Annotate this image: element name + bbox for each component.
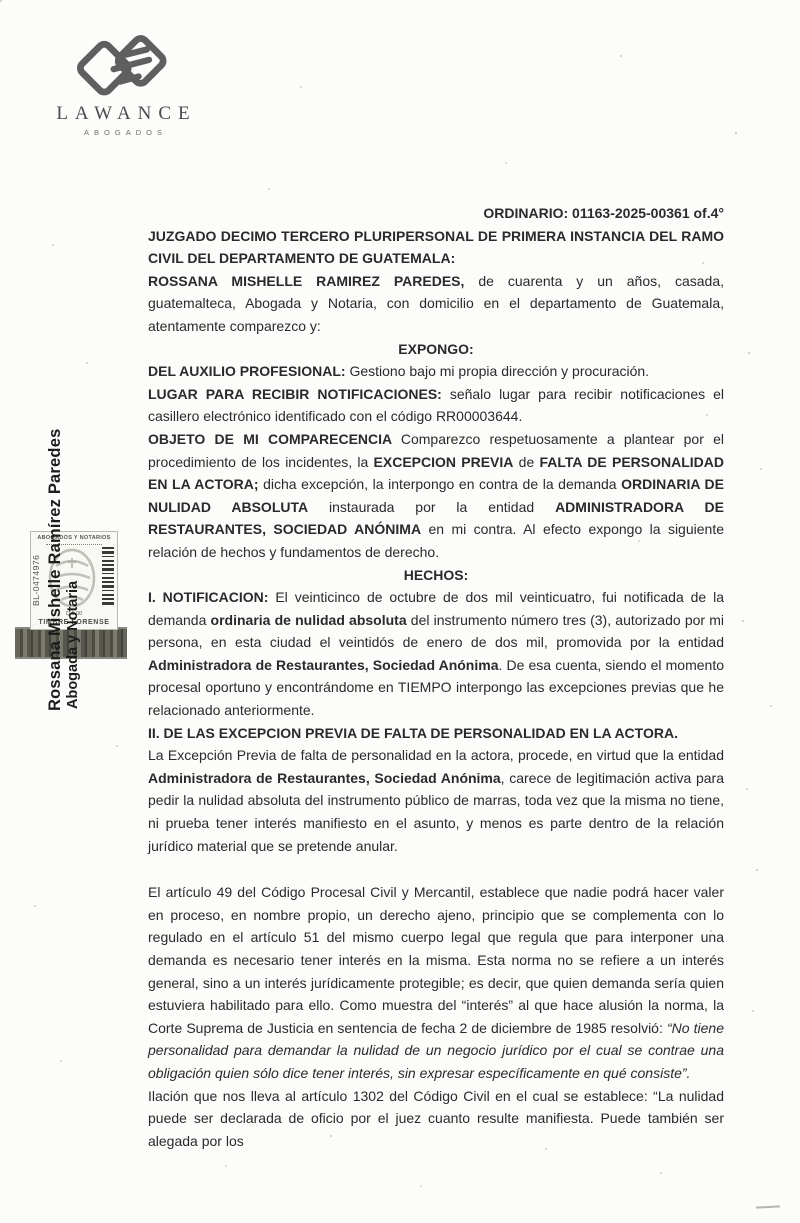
interlocked-diamonds-icon — [71, 28, 175, 100]
paragraph: La Excepción Previa de falta de personal… — [148, 744, 724, 857]
text-run: El artículo 49 del Código Procesal Civil… — [148, 884, 724, 1036]
stamp-barcode — [102, 547, 114, 607]
text-run: EXPONGO: — [398, 341, 473, 357]
text-run: Administradora de Restaurantes, Sociedad… — [148, 657, 498, 673]
text-run: EXCEPCION PREVIA — [374, 454, 514, 470]
text-run: LUGAR PARA RECIBIR NOTIFICACIONES: — [148, 386, 450, 402]
text-run: II. DE LAS EXCEPCION PREVIA DE FALTA DE … — [148, 725, 678, 741]
paragraph: II. DE LAS EXCEPCION PREVIA DE FALTA DE … — [148, 722, 724, 745]
logo-wordmark: LAWANCE — [45, 103, 201, 125]
text-run: Gestiono bajo mi propia dirección y proc… — [349, 363, 649, 379]
text-run: I. NOTIFICACION: — [148, 589, 275, 605]
text-run: JUZGADO DECIMO TERCERO PLURIPERSONAL DE … — [148, 228, 724, 267]
text-run: de — [513, 454, 539, 470]
signatory-vertical-text: Rossana Mishelle Ramírez Paredes Abogada… — [46, 481, 81, 711]
scanned-legal-document-page: LAWANCE ABOGADOS ABOGADOS Y NOTARIOS BL-… — [0, 0, 800, 1223]
text-run: ROSSANA MISHELLE RAMIREZ PAREDES, — [148, 273, 478, 289]
paragraph: HECHOS: — [148, 564, 724, 587]
text-run: dicha excepción, la interpongo en contra… — [259, 476, 622, 492]
scan-mark — [756, 1205, 780, 1208]
stamp-serial-number: BL-0474976 — [31, 546, 41, 614]
text-run: OBJETO DE MI COMPARECENCIA — [148, 431, 401, 447]
paragraph: EXPONGO: — [148, 338, 724, 361]
document-body: ORDINARIO: 01163-2025-00361 of.4°JUZGADO… — [148, 202, 724, 1152]
text-run: instaurada por la entidad — [308, 499, 555, 515]
logo-subtitle: ABOGADOS — [45, 128, 201, 137]
paragraph: DEL AUXILIO PROFESIONAL: Gestiono bajo m… — [148, 360, 724, 383]
paragraph: LUGAR PARA RECIBIR NOTIFICACIONES: señal… — [148, 383, 724, 428]
paragraph: JUZGADO DECIMO TERCERO PLURIPERSONAL DE … — [148, 225, 724, 270]
text-run: La Excepción Previa de falta de personal… — [148, 747, 724, 763]
lawance-logo: LAWANCE ABOGADOS — [45, 28, 201, 137]
paragraph: ROSSANA MISHELLE RAMIREZ PAREDES, de cua… — [148, 270, 724, 338]
paragraph: I. NOTIFICACION: El veinticinco de octub… — [148, 586, 724, 722]
text-run: ORDINARIO: 01163-2025-00361 of.4° — [483, 205, 724, 221]
text-run: DEL AUXILIO PROFESIONAL: — [148, 363, 349, 379]
text-run: Administradora de Restaurantes, Sociedad… — [148, 770, 501, 786]
paragraph: Ilación que nos lleva al artículo 1302 d… — [148, 1085, 724, 1153]
text-run: ordinaria de nulidad absoluta — [211, 612, 407, 628]
text-run: HECHOS: — [404, 567, 469, 583]
signatory-title: Abogada y Notaria — [65, 581, 81, 709]
signatory-name: Rossana Mishelle Ramírez Paredes — [46, 429, 65, 711]
paragraph: El artículo 49 del Código Procesal Civil… — [148, 881, 724, 1084]
text-run: Ilación que nos lleva al artículo 1302 d… — [148, 1088, 724, 1149]
paragraph: OBJETO DE MI COMPARECENCIA Comparezco re… — [148, 428, 724, 564]
paragraph: ORDINARIO: 01163-2025-00361 of.4° — [148, 202, 724, 225]
